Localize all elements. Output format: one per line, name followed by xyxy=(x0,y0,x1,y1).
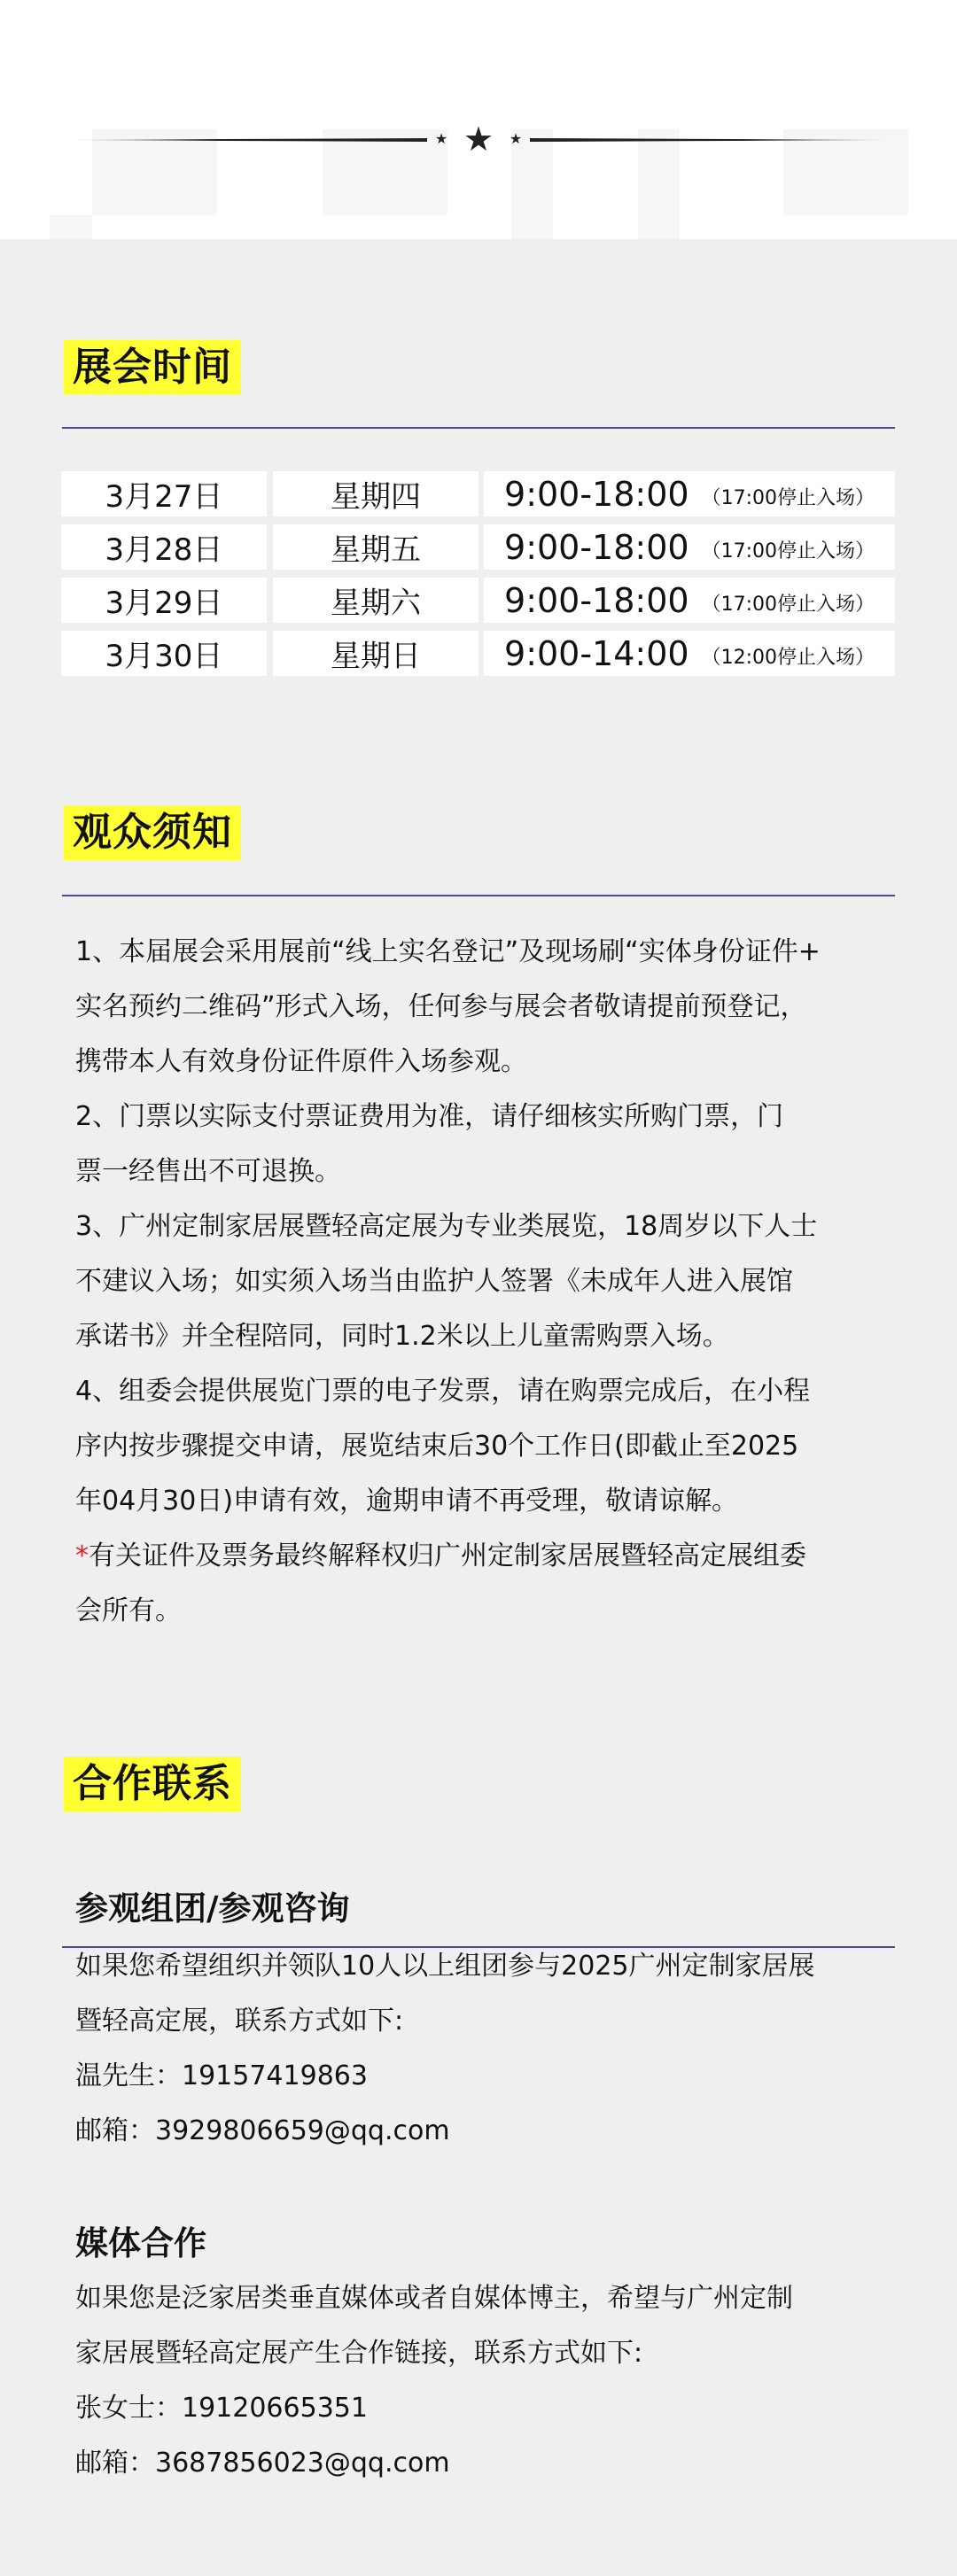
info-line: 如果您是泛家居类垂直媒体或者自媒体博主，希望与广州定制 xyxy=(75,2271,899,2326)
disclaimer-text: 有关证件及票务最终解释权归广州定制家居展暨轻高定展组委 xyxy=(89,1540,806,1571)
hours-text: 9:00-14:00 xyxy=(504,634,689,673)
entry-cutoff-note: （17:00停止入场） xyxy=(702,536,875,563)
notice-line: 不建议入场；如实须入场当由监护人签署《未成年人进入展馆 xyxy=(75,1254,899,1309)
weekday-cell: 星期六 xyxy=(273,578,478,623)
hours-text: 9:00-18:00 xyxy=(504,581,689,620)
contact-phone[interactable]: 温先生：19157419863 xyxy=(75,2049,899,2104)
notice-list: 1、本届展会采用展前“线上实名登记”及现场刷“实体身份证件+ 实名预约二维码”形… xyxy=(75,925,899,1639)
decorative-block xyxy=(50,215,92,239)
divider-line-right xyxy=(530,138,886,142)
notice-line: 年04月30日)申请有效，逾期申请不再受理，敬请谅解。 xyxy=(75,1474,899,1529)
notice-line: 票一经售出不可退换。 xyxy=(75,1144,899,1199)
notice-line: 1、本届展会采用展前“线上实名登记”及现场刷“实体身份证件+ xyxy=(75,925,899,980)
notice-line: 承诺书》并全程陪同，同时1.2米以上儿童需购票入场。 xyxy=(75,1309,899,1364)
schedule-row: 3月29日 星期六 9:00-18:00 （17:00停止入场） xyxy=(61,578,895,623)
contact-section-title: 合作联系 xyxy=(64,1757,241,1812)
notice-line: 2、门票以实际支付票证费用为准，请仔细核实所购门票，门 xyxy=(75,1090,899,1144)
group-visit-info: 如果您希望组织并领队10人以上组团参与2025广州定制家居展 暨轻高定展，联系方… xyxy=(75,1939,899,2159)
notice-line: 实名预约二维码”形式入场，任何参与展会者敬请提前预登记， xyxy=(75,980,899,1035)
small-star-icon: ★ xyxy=(509,132,523,146)
contact-phone[interactable]: 张女士：19120665351 xyxy=(75,2381,899,2436)
schedule-row: 3月28日 星期五 9:00-18:00 （17:00停止入场） xyxy=(61,524,895,570)
info-line: 家居展暨轻高定展产生合作链接，联系方式如下: xyxy=(75,2326,899,2381)
disclaimer-line: *有关证件及票务最终解释权归广州定制家居展暨轻高定展组委 xyxy=(75,1529,899,1584)
small-star-icon: ★ xyxy=(434,132,448,146)
schedule-table: 3月27日 星期四 9:00-18:00 （17:00停止入场） 3月28日 星… xyxy=(61,471,895,684)
info-line: 暨轻高定展，联系方式如下: xyxy=(75,1994,899,2049)
date-cell: 3月28日 xyxy=(61,524,267,570)
date-cell: 3月29日 xyxy=(61,578,267,623)
hours-cell: 9:00-18:00 （17:00停止入场） xyxy=(484,524,895,570)
notice-section-title: 观众须知 xyxy=(64,805,241,860)
divider-line-left xyxy=(71,138,427,142)
asterisk-mark: * xyxy=(75,1540,89,1571)
info-line: 如果您希望组织并领队10人以上组团参与2025广州定制家居展 xyxy=(75,1939,899,1994)
entry-cutoff-note: （17:00停止入场） xyxy=(702,589,875,617)
media-heading: 媒体合作 xyxy=(75,2222,206,2266)
group-visit-heading: 参观组团/参观咨询 xyxy=(75,1887,350,1931)
contact-email[interactable]: 邮箱：3929806659@qq.com xyxy=(75,2104,899,2159)
weekday-cell: 星期日 xyxy=(273,631,478,676)
notice-line: 4、组委会提供展览门票的电子发票，请在购票完成后，在小程 xyxy=(75,1364,899,1419)
hours-cell: 9:00-18:00 （17:00停止入场） xyxy=(484,578,895,623)
date-cell: 3月27日 xyxy=(61,471,267,516)
star-divider: ★ ★ ★ xyxy=(0,124,957,156)
star-icon: ★ xyxy=(463,122,494,156)
hours-text: 9:00-18:00 xyxy=(504,475,689,514)
entry-cutoff-note: （17:00停止入场） xyxy=(702,483,875,510)
hours-text: 9:00-18:00 xyxy=(504,528,689,567)
notice-line: 3、广州定制家居展暨轻高定展为专业类展览，18周岁以下人士 xyxy=(75,1199,899,1254)
entry-cutoff-note: （12:00停止入场） xyxy=(702,642,875,670)
hours-cell: 9:00-18:00 （17:00停止入场） xyxy=(484,471,895,516)
weekday-cell: 星期五 xyxy=(273,524,478,570)
section-divider xyxy=(62,427,895,429)
hours-cell: 9:00-14:00 （12:00停止入场） xyxy=(484,631,895,676)
notice-line: 携带本人有效身份证件原件入场参观。 xyxy=(75,1035,899,1090)
date-cell: 3月30日 xyxy=(61,631,267,676)
schedule-row: 3月27日 星期四 9:00-18:00 （17:00停止入场） xyxy=(61,471,895,516)
disclaimer-line: 会所有。 xyxy=(75,1584,899,1639)
notice-line: 序内按步骤提交申请，展览结束后30个工作日(即截止至2025 xyxy=(75,1419,899,1474)
section-divider xyxy=(62,895,895,896)
schedule-row: 3月30日 星期日 9:00-14:00 （12:00停止入场） xyxy=(61,631,895,676)
page-header: ★ ★ ★ xyxy=(0,0,957,239)
schedule-section-title: 展会时间 xyxy=(64,340,241,395)
contact-email[interactable]: 邮箱：3687856023@qq.com xyxy=(75,2436,899,2491)
media-info: 如果您是泛家居类垂直媒体或者自媒体博主，希望与广州定制 家居展暨轻高定展产生合作… xyxy=(75,2271,899,2491)
weekday-cell: 星期四 xyxy=(273,471,478,516)
